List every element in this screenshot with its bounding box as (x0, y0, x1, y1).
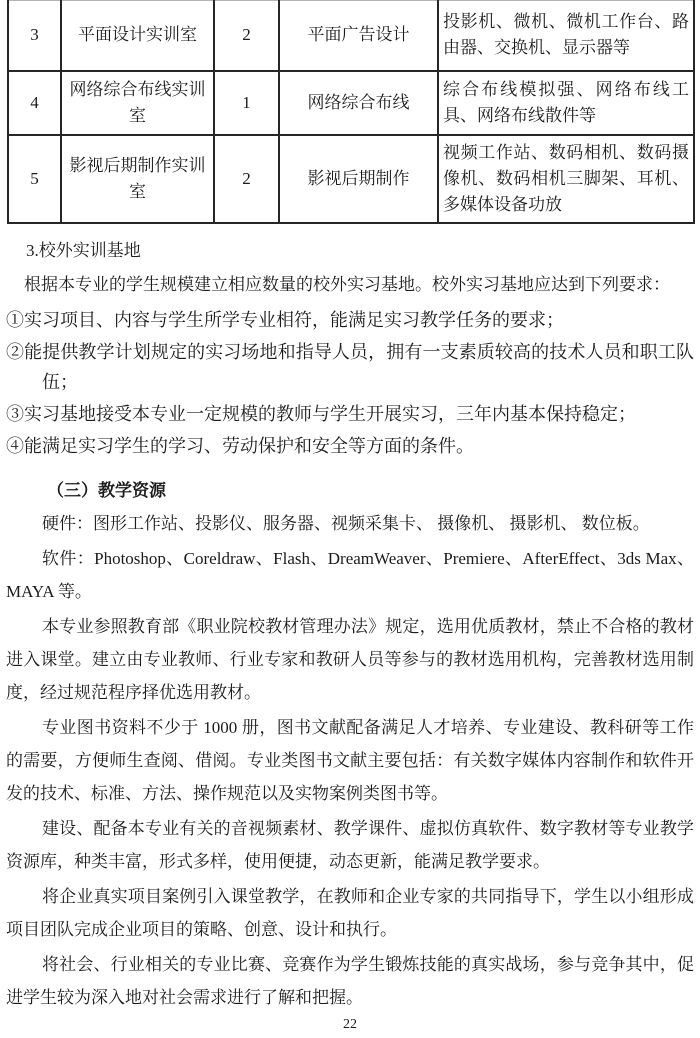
document-page: 3 平面设计实训室 2 平面广告设计 投影机、微机、微机工作台、路由器、交换机、… (0, 0, 700, 1038)
table-row: 5 影视后期制作实训室 2 影视后期制作 视频工作站、数码相机、数码摄像机、数码… (8, 135, 694, 223)
offcampus-requirement-1: ①实习项目、内容与学生所学专业相符，能满足实习教学任务的要求； (6, 305, 694, 335)
training-rooms-table: 3 平面设计实训室 2 平面广告设计 投影机、微机、微机工作台、路由器、交换机、… (7, 0, 695, 224)
cell-room-count: 1 (214, 71, 279, 135)
cell-room-function: 网络综合布线 (279, 71, 438, 135)
cell-row-number: 4 (8, 71, 61, 135)
cell-room-name: 平面设计实训室 (61, 1, 214, 71)
cell-room-function: 影视后期制作 (279, 135, 438, 223)
cell-row-number: 5 (8, 135, 61, 223)
offcampus-requirement-4: ④能满足实习学生的学习、劳动保护和安全等方面的条件。 (6, 431, 694, 461)
hardware-paragraph: 硬件：图形工作站、投影仪、服务器、视频采集卡、 摄像机、 摄影机、 数位板。 (6, 507, 694, 540)
cell-room-equipment: 综合布线模拟强、网络布线工具、网络布线散件等 (438, 71, 694, 135)
cell-room-name: 网络综合布线实训室 (61, 71, 214, 135)
cell-room-name: 影视后期制作实训室 (61, 135, 214, 223)
offcampus-base-heading: 3.校外实训基地 (26, 235, 694, 267)
cell-room-function: 平面广告设计 (279, 1, 438, 71)
table-row: 4 网络综合布线实训室 1 网络综合布线 综合布线模拟强、网络布线工具、网络布线… (8, 71, 694, 135)
cell-room-count: 2 (214, 135, 279, 223)
software-paragraph: 软件：Photoshop、Coreldraw、Flash、DreamWeaver… (6, 542, 694, 608)
textbook-selection-paragraph: 本专业参照教育部《职业院校教材管理办法》规定，选用优质教材，禁止不合格的教材进入… (6, 610, 694, 709)
digital-resources-paragraph: 建设、配备本专业有关的音视频素材、教学课件、虚拟仿真软件、数字教材等专业教学资源… (6, 812, 694, 878)
offcampus-requirement-3: ③实习基地接受本专业一定规模的教师与学生开展实习，三年内基本保持稳定； (6, 399, 694, 429)
competition-paragraph: 将社会、行业相关的专业比赛、竞赛作为学生锻炼技能的真实战场，参与竞争其中，促进学… (6, 948, 694, 1014)
page-number: 22 (0, 1016, 700, 1034)
library-books-paragraph: 专业图书资料不少于 1000 册，图书文献配备满足人才培养、专业建设、教科研等工… (6, 711, 694, 810)
teaching-resources-heading: （三）教学资源 (6, 474, 694, 507)
enterprise-project-paragraph: 将企业真实项目案例引入课堂教学，在教师和企业专家的共同指导下，学生以小组形成项目… (6, 880, 694, 946)
cell-room-equipment: 视频工作站、数码相机、数码摄像机、数码相机三脚架、耳机、多媒体设备功放 (438, 135, 694, 223)
offcampus-intro: 根据本专业的学生规模建立相应数量的校外实习基地。校外实习基地应达到下列要求： (6, 267, 694, 303)
cell-row-number: 3 (8, 1, 61, 71)
cell-room-count: 2 (214, 1, 279, 71)
table-row: 3 平面设计实训室 2 平面广告设计 投影机、微机、微机工作台、路由器、交换机、… (8, 1, 694, 71)
offcampus-requirement-2: ②能提供教学计划规定的实习场地和指导人员，拥有一支素质较高的技术人员和职工队伍； (6, 337, 694, 397)
cell-room-equipment: 投影机、微机、微机工作台、路由器、交换机、显示器等 (438, 1, 694, 71)
